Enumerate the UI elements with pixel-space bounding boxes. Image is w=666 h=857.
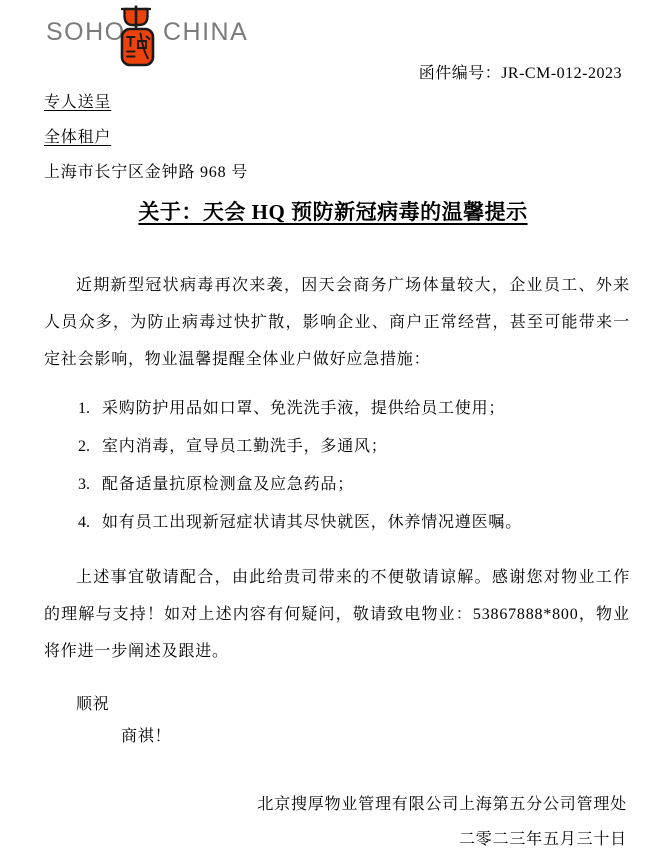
signature-company: 北京搜厚物业管理有限公司上海第五分公司管理处 <box>0 796 627 814</box>
logo-text-china: CHINA <box>163 20 248 45</box>
recipient-block: 专人送呈 全体租户 上海市长宁区金钟路 968 号 <box>44 94 666 182</box>
soho-china-seal-icon <box>113 5 161 72</box>
address-line: 上海市长宁区金钟路 968 号 <box>44 164 666 182</box>
signature-block: 北京搜厚物业管理有限公司上海第五分公司管理处 二零二三年五月三十日 <box>0 796 666 849</box>
list-item-number: 4. <box>78 513 102 532</box>
document-title: 关于：天会 HQ 预防新冠病毒的温馨提示 <box>0 199 666 225</box>
list-item: 2. 室内消毒，宣导员工勤洗手，多通风； <box>78 437 630 456</box>
body-paragraph-2: 上述事宜敬请配合，由此给贵司带来的不便敬请谅解。感谢您对物业工作的理解与支持！如… <box>44 559 630 670</box>
list-item-text: 采购防护用品如口罩、免洗洗手液，提供给员工使用； <box>102 399 505 418</box>
delivery-method-line: 专人送呈 <box>44 94 666 112</box>
closing-wish: 商祺！ <box>121 728 666 746</box>
list-item-text: 如有员工出现新冠症状请其尽快就医，休养情况遵医嘱。 <box>102 513 522 532</box>
list-item-text: 室内消毒，宣导员工勤洗手，多通风； <box>102 437 388 456</box>
body-paragraph-1: 近期新型冠状病毒再次来袭，因天会商务广场体量较大，企业员工、外来人员众多，为防止… <box>44 267 630 378</box>
list-item-number: 2. <box>78 437 102 456</box>
list-item-number: 1. <box>78 399 102 418</box>
letter-page: SOHO <box>0 0 666 857</box>
recipient-line: 全体租户 <box>44 129 666 147</box>
signature-date: 二零二三年五月三十日 <box>0 831 627 849</box>
list-item: 1. 采购防护用品如口罩、免洗洗手液，提供给员工使用； <box>78 399 630 418</box>
letterhead: SOHO <box>0 0 666 94</box>
list-item-number: 3. <box>78 475 102 494</box>
measures-list: 1. 采购防护用品如口罩、免洗洗手液，提供给员工使用； 2. 室内消毒，宣导员工… <box>78 399 630 532</box>
list-item-text: 配备适量抗原检测盒及应急药品； <box>102 475 354 494</box>
list-item: 4. 如有员工出现新冠症状请其尽快就医，休养情况遵医嘱。 <box>78 513 630 532</box>
closing-salutation: 顺祝 <box>76 696 666 714</box>
letter-reference-number: 函件编号：JR-CM-012-2023 <box>419 60 622 83</box>
list-item: 3. 配备适量抗原检测盒及应急药品； <box>78 475 630 494</box>
